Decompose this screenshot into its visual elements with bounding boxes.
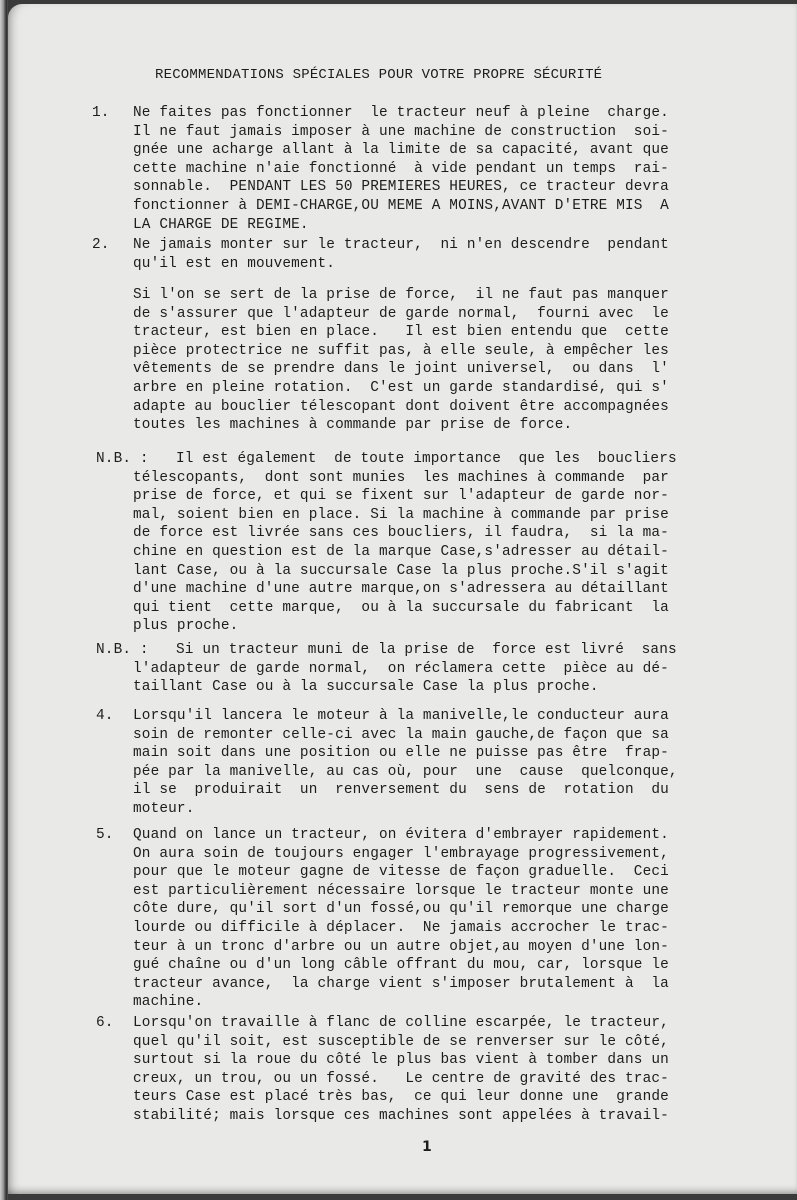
item-number: 4. [96,707,114,726]
item-number: 2. [92,236,110,255]
note-marker: N.B. : [96,450,149,469]
note-2-text: l'adapteur de garde normal, on réclamera… [133,660,669,697]
book-spine [0,0,8,1200]
page-title: RECOMMENDATIONS SPÉCIALES POUR VOTRE PRO… [155,66,602,85]
note-marker: N.B. : [96,641,149,660]
section-6-text: Lorsqu'on travaille à flanc de colline e… [133,1014,669,1126]
note-2-first-line: Si un tracteur muni de la prise de force… [176,641,677,660]
section-4-text: Lorsqu'il lancera le moteur à la manivel… [133,707,678,819]
section-2-text: Ne jamais monter sur le tracteur, ni n'e… [133,236,669,273]
section-2-pto-text: Si l'on se sert de la prise de force, il… [133,286,669,435]
page-number: 1 [422,1138,432,1157]
note-1-first-line: Il est également de toute importance que… [176,450,677,469]
item-number: 5. [96,826,114,845]
note-1-text: télescopants, dont sont munies les machi… [133,469,669,636]
section-1-text: Ne faites pas fonctionner le tracteur ne… [133,104,669,234]
item-number: 6. [96,1014,114,1033]
section-5-text: Quand on lance un tracteur, on évitera d… [133,826,669,1012]
item-number: 1. [92,104,110,123]
